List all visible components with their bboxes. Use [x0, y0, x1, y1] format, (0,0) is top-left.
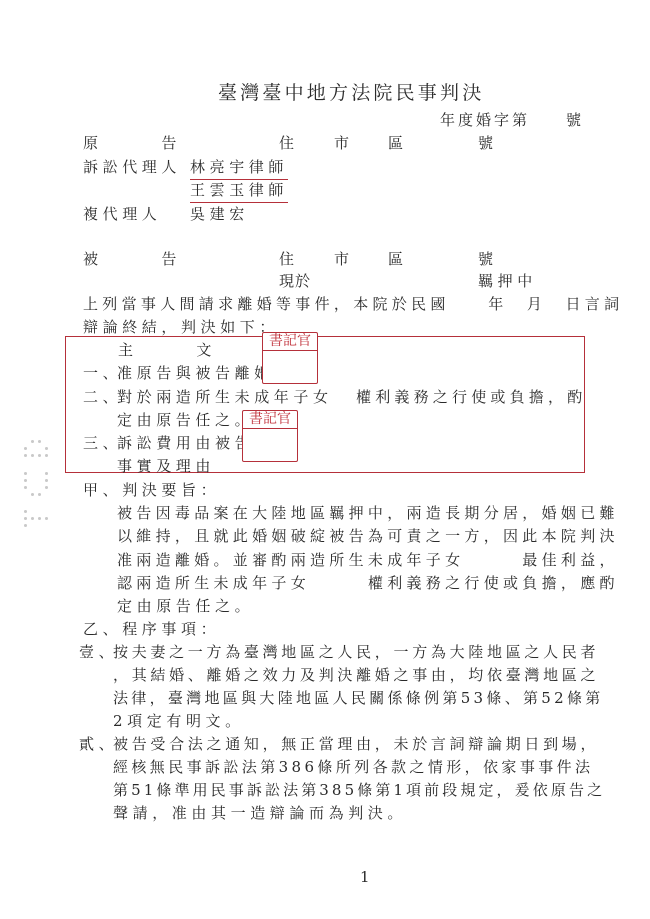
defendant-location-prefix: 現於	[279, 272, 311, 290]
facts-heading: 事實及理由	[117, 457, 215, 475]
attorney-1: 林亮宇律師	[190, 158, 288, 180]
sub-agent-name: 吳建宏	[190, 205, 249, 223]
clerk-stamp-1: 書記官	[262, 332, 318, 384]
item-1-line-1: 按夫妻之一方為臺灣地區之人民，一方為大陸地區之人民者	[113, 643, 599, 661]
main-item-2-continuation: 定由原告任之。	[117, 411, 254, 429]
intro-line-1: 上列當事人間請求離婚等事件，本院於民國 年 月 日言詞	[83, 295, 623, 313]
page-number: 1	[360, 868, 370, 886]
item-2-line-3: 第51條準用民事訴訟法第385條第1項前段規定，爰依原告之	[113, 781, 605, 799]
sub-agent-label: 複代理人	[83, 205, 161, 223]
clerk-stamp-2-label: 書記官	[243, 411, 297, 429]
attorney-2: 王雲玉律師	[190, 181, 288, 203]
plaintiff-address-4: 號	[478, 134, 498, 152]
section-jia-line-2: 以維持，且就此婚姻破綻被告為可責之一方，因此本院判決	[117, 527, 619, 545]
defendant-address-2: 市	[334, 250, 354, 268]
plaintiff-address-3: 區	[388, 134, 408, 152]
main-text-heading: 主 文	[118, 341, 216, 359]
item-2-line-2: 經核無民事訴訟法第386條所列各款之情形，依家事事件法	[113, 758, 593, 776]
item-2-line-1: 被告受合法之通知，無正當理由，未於言詞辯論期日到場，	[113, 735, 599, 753]
document-title: 臺灣臺中地方法院民事判決	[218, 78, 484, 105]
main-item-2-text-b: 權利義務之行使或負擔，酌	[356, 388, 586, 406]
attorney-label: 訴訟代理人	[83, 158, 181, 176]
plaintiff-address-2: 市	[334, 134, 354, 152]
defendant-address-3: 區	[388, 250, 408, 268]
section-yi-heading: 乙、程序事項：	[83, 620, 220, 638]
main-item-1-text: 准原告與被告離婚	[117, 364, 274, 382]
plaintiff-label: 原 告	[83, 134, 181, 152]
main-item-3-text: 訴訟費用由被告	[117, 434, 254, 452]
main-item-2-text-a: 對於兩造所生未成年子女	[117, 388, 333, 406]
item-1-line-2: ，其結婚、離婚之效力及判決離婚之事由，均依臺灣地區之	[113, 666, 599, 684]
binding-holes	[18, 440, 48, 530]
defendant-address-4: 號	[478, 250, 498, 268]
section-jia-line-3: 准兩造離婚。並審酌兩造所生未成年子女 最佳利益，	[117, 551, 619, 569]
section-jia-line-4: 認兩造所生未成年子女 權利義務之行使或負擔，應酌	[117, 574, 619, 592]
plaintiff-address-1: 住	[279, 134, 299, 152]
clerk-stamp-1-label: 書記官	[263, 333, 317, 351]
item-2-line-4: 聲請，准由其一造辯論而為判決。	[113, 804, 407, 822]
case-number: 年度婚字第 號	[440, 111, 584, 129]
section-jia-heading: 甲、判決要旨：	[83, 481, 220, 499]
defendant-address-1: 住	[279, 250, 299, 268]
intro-line-2: 辯論終結，判決如下：	[83, 318, 279, 336]
defendant-location-suffix: 羈押中	[478, 272, 537, 290]
item-1-line-3: 法律，臺灣地區與大陸地區人民關係條例第53條、第52條第	[113, 689, 604, 707]
item-1-line-4: 2項定有明文。	[113, 712, 245, 730]
defendant-label: 被 告	[83, 250, 181, 268]
section-jia-line-5: 定由原告任之。	[117, 597, 254, 615]
section-jia-line-1: 被告因毒品案在大陸地區羈押中，兩造長期分居，婚姻已難	[117, 504, 619, 522]
clerk-stamp-2: 書記官	[242, 410, 298, 462]
